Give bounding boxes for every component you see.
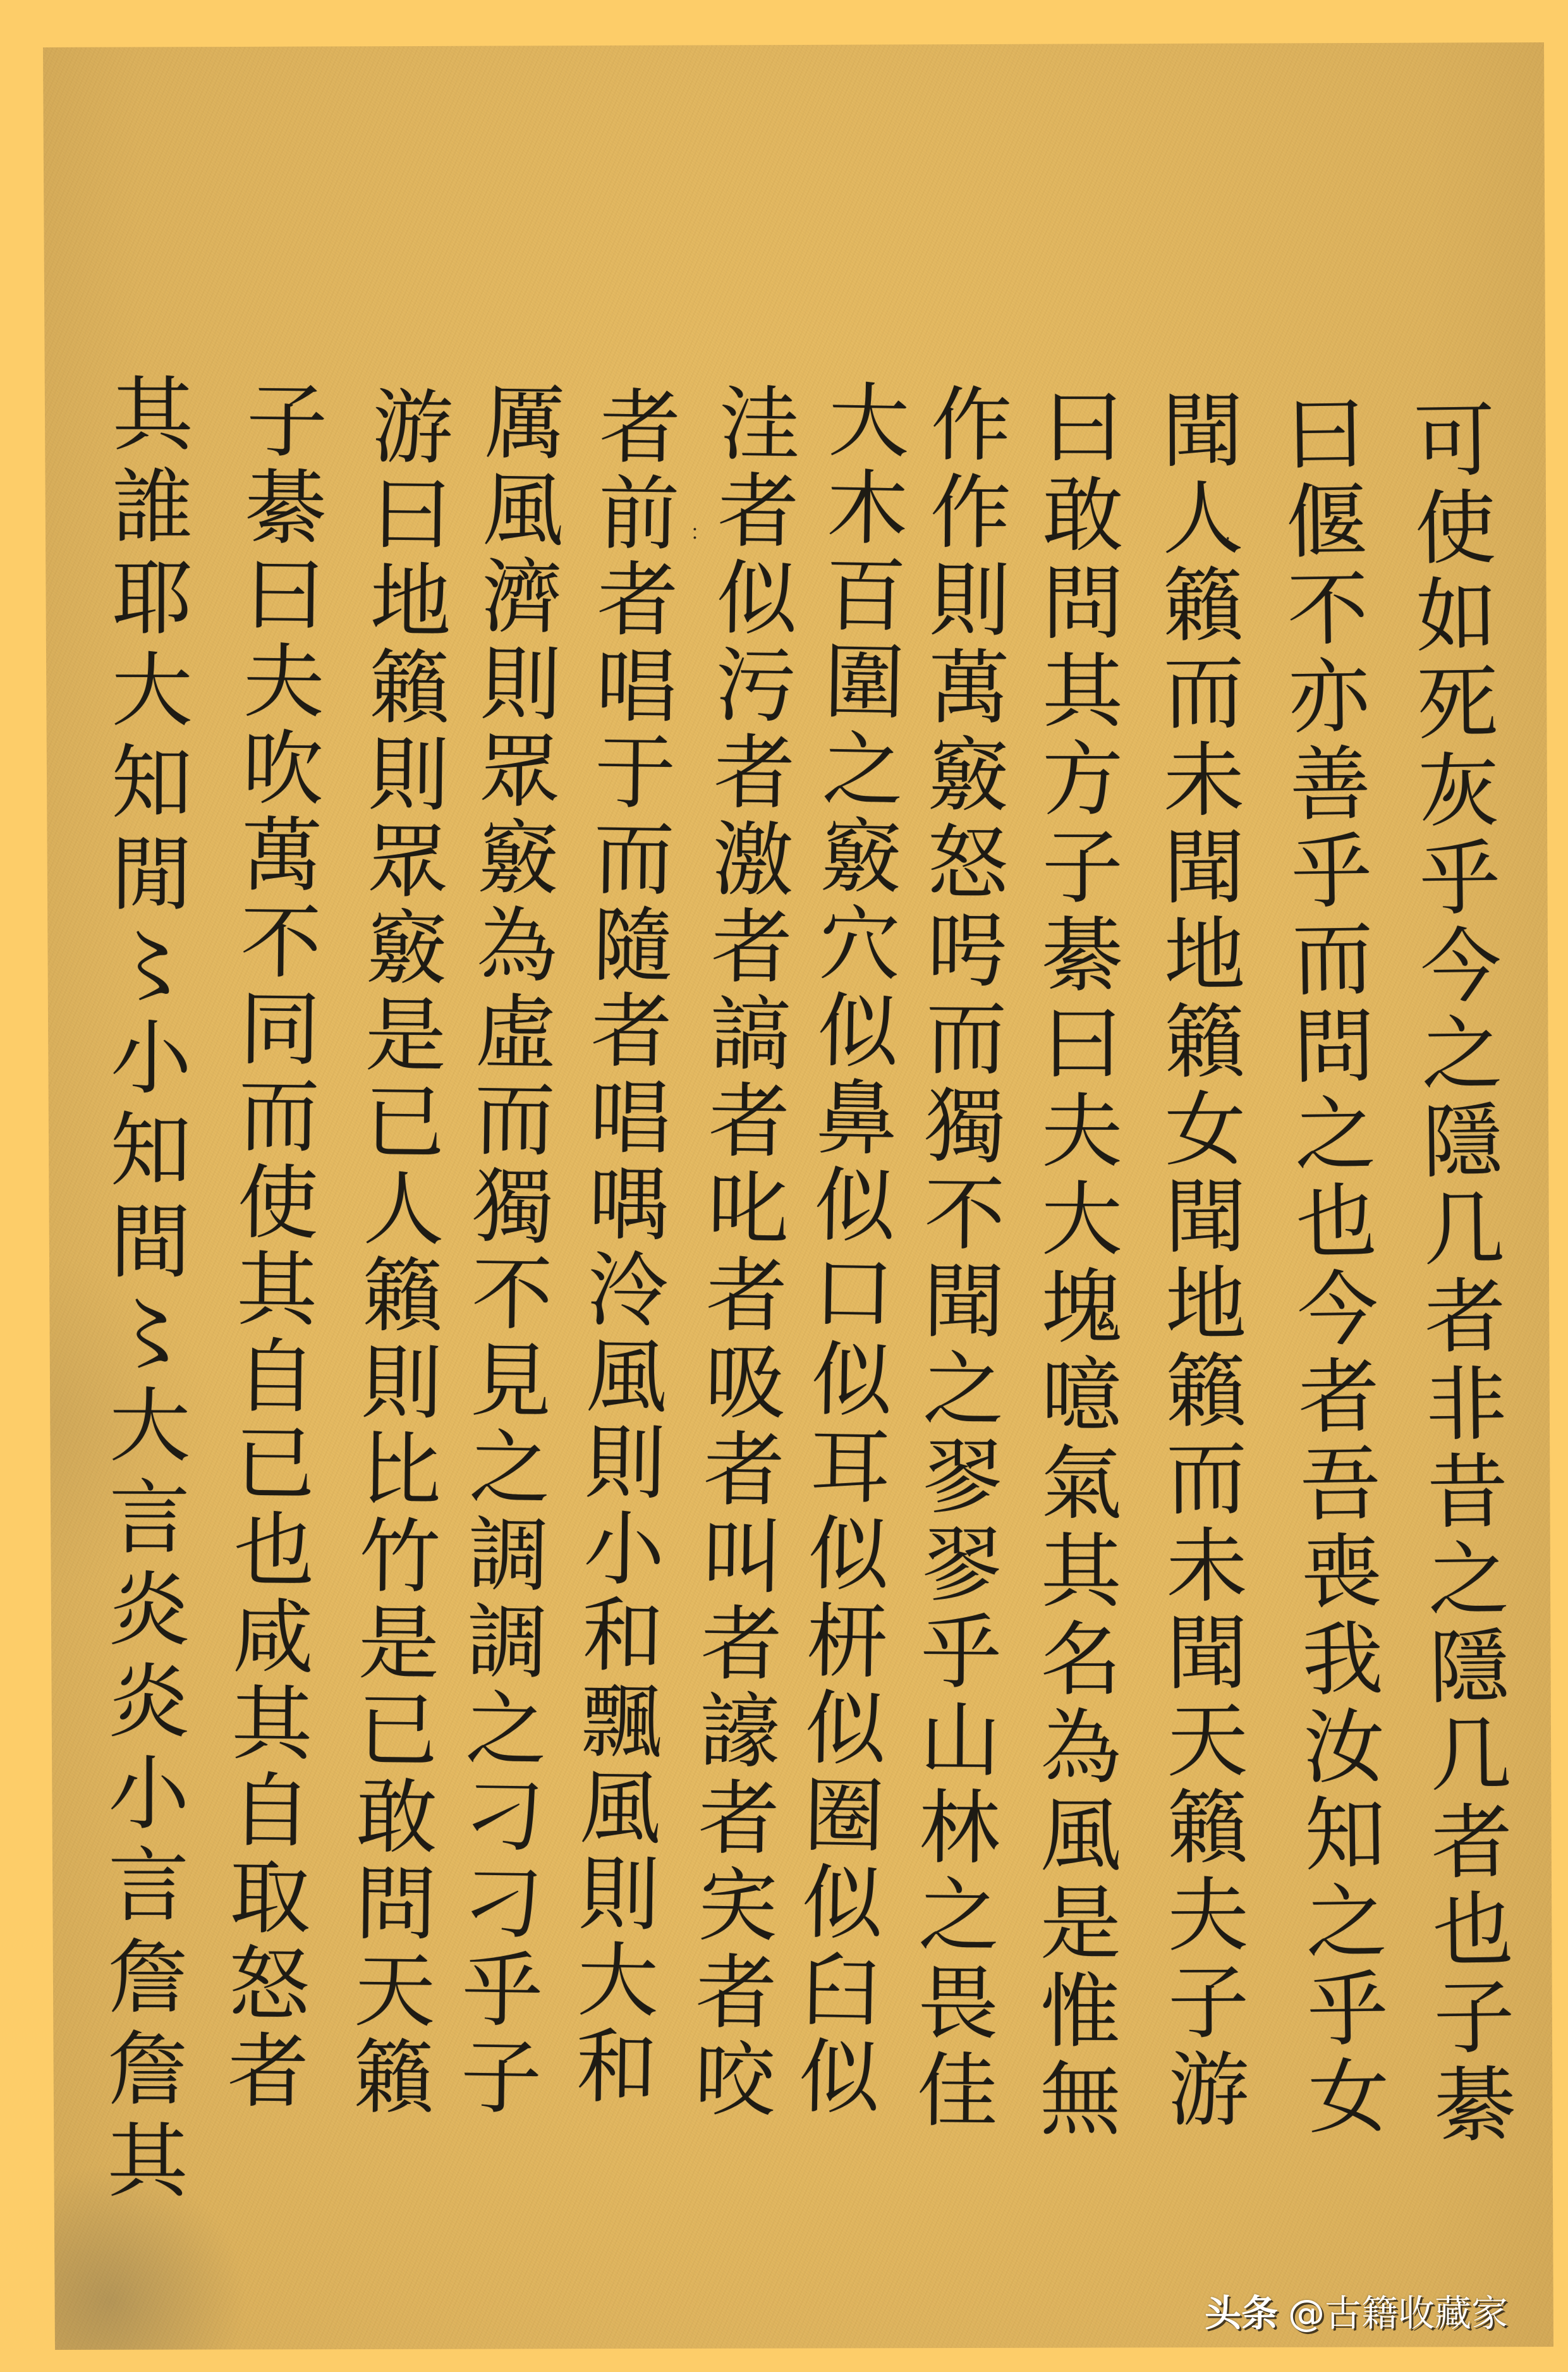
text-column-1: 可使如死灰乎今之隱几者非昔之隱几者也子綦	[1406, 397, 1509, 2150]
watermark-platform: 头条	[1205, 2292, 1278, 2335]
text-column-5: 作作則萬竅怒呺而獨不聞之翏翏乎山林之畏佳	[909, 381, 1004, 2136]
text-column-8: 者前者唱于而隨者唱喁泠風則小和飄風則大和	[568, 384, 674, 2111]
text-column-7: 洼者似污者激者謞者叱者吸者叫者譹者宎者咬	[686, 381, 793, 2125]
text-column-3: 聞人籟而未聞地籟女聞地籟而未聞天籟夫子游	[1155, 388, 1242, 2134]
annotation-dot-mark: ·	[1225, 530, 1231, 549]
watermark: 头条@古籍收藏家	[1205, 2291, 1508, 2335]
page-border: 可使如死灰乎今之隱几者非昔之隱几者也子綦 曰偃不亦善乎而問之也今者吾喪我汝知之乎…	[0, 0, 1568, 2372]
text-column-12: 其誰耶大知閒〻小知間〻大言炎炎小言詹詹其	[100, 372, 186, 2210]
text-column-9: 厲風濟則眾竅為虛而獨不見之調調之刁刁乎子	[453, 379, 558, 2122]
text-column-11: 子綦曰夫吹萬不同而使其自已也咸其自取怒者	[220, 377, 320, 2115]
watermark-handle: @古籍收藏家	[1288, 2292, 1508, 2335]
text-column-4: 曰敢問其方子綦曰夫大塊噫氣其名為風是惟無	[1032, 384, 1116, 2144]
text-column-10: 游曰地籟則眾竅是已人籟則比竹是已敢問天籟	[346, 384, 446, 2122]
text-column-2: 曰偃不亦善乎而問之也今者吾喪我汝知之乎女	[1277, 391, 1382, 2143]
annotation-colon-mark: ：	[690, 522, 710, 542]
